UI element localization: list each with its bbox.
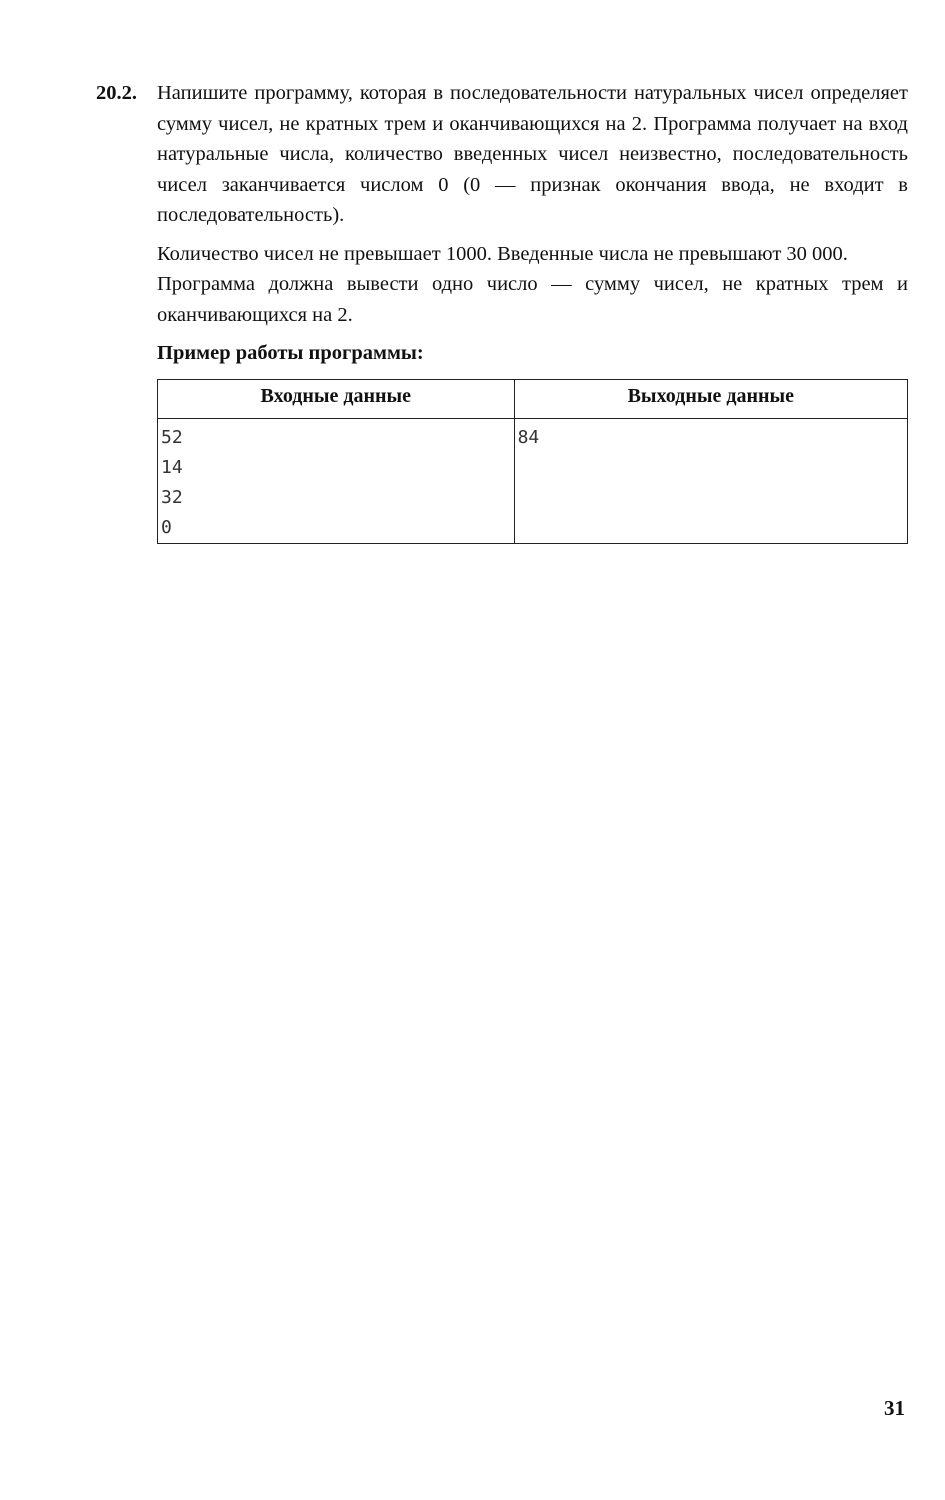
example-title: Пример работы программы: [157, 338, 908, 369]
table-header-row: Входные данные Выходные данные [158, 379, 908, 418]
output-line: 84 [518, 423, 904, 453]
input-line: 52 [161, 423, 511, 453]
input-cell: 52 14 32 0 [158, 418, 515, 543]
example-table: Входные данные Выходные данные 52 14 32 … [157, 379, 908, 544]
task-body: Напишите программу, которая в последоват… [157, 78, 908, 544]
task-statement: Напишите программу, которая в последоват… [157, 78, 908, 231]
task-output-requirement: Программа должна вывести одно число — су… [157, 269, 908, 330]
input-line: 0 [161, 513, 511, 543]
table-row: 52 14 32 0 84 [158, 418, 908, 543]
header-output: Выходные данные [514, 379, 907, 418]
input-line: 14 [161, 453, 511, 483]
input-line: 32 [161, 483, 511, 513]
task-number: 20.2. [96, 78, 137, 109]
header-input: Входные данные [158, 379, 515, 418]
page-number: 31 [884, 1396, 905, 1421]
task-constraints: Количество чисел не превышает 1000. Введ… [157, 239, 908, 270]
output-cell: 84 [514, 418, 907, 543]
task-20-2: 20.2. Напишите программу, которая в посл… [96, 78, 908, 544]
